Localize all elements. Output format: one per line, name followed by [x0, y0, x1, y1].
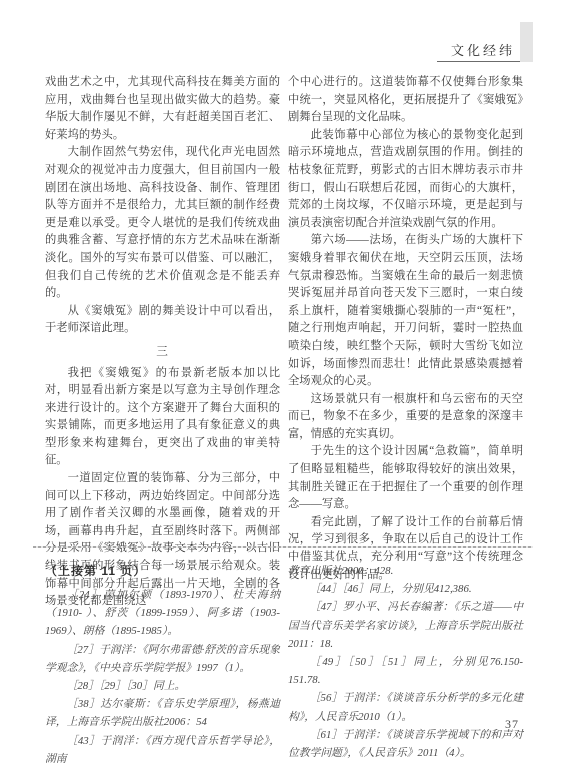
body-paragraph: 于先生的这个设计因属“急救篇”，简单明了但略显粗糙些，能够取得较好的演出效果，其… — [288, 443, 523, 513]
header-accent-bar — [520, 22, 533, 62]
reference-item: ［56］于润洋：《谈谈音乐分析学的多元化建构》，人民音乐2010（1）。 — [288, 689, 523, 725]
body-paragraph: 我把《窦娥冤》的布景新老版本加以比对，明显看出新方案是以写意为主导创作理念来进行… — [45, 365, 280, 471]
reference-item: ［38］达尔豪斯：《音乐史学原理》，杨燕迪译，上海音乐学院出版社2006：54 — [45, 695, 280, 731]
reference-item: ［61］于润洋：《谈谈音乐学视域下的和声对位教学问题》，《人民音乐》2011（4… — [288, 726, 523, 762]
page-number: 37 — [505, 717, 519, 732]
references-column-left: （上接第 11 页） ［24］茵加尔顿（1893-1970）、杜夫海纳（1910… — [45, 562, 280, 768]
journal-page: 文化经纬 戏曲艺术之中，尤其现代高科技在舞美方面的应用，戏曲舞台也呈现出做实做大… — [0, 0, 565, 768]
reference-item: ［24］茵加尔顿（1893-1970）、杜夫海纳（1910- ）、舒茨（1899… — [45, 586, 280, 641]
body-paragraph: 个中心进行的。这道装饰幕不仅使舞台形象集中统一，突显风格化，更拓展提升了《窦娥冤… — [288, 74, 523, 127]
reference-item: ［47］罗小平、冯长春编著：《乐之道——中国当代音乐美学名家访谈》，上海音乐学院… — [288, 598, 523, 653]
body-paragraph: 从《窦娥冤》剧的舞美设计中可以看出，于老师深谙此理。 — [45, 303, 280, 338]
body-paragraph: 戏曲艺术之中，尤其现代高科技在舞美方面的应用，戏曲舞台也呈现出做实做大的趋势。豪… — [45, 74, 280, 144]
body-paragraph: 这场景就只有一根旗杆和乌云密布的天空而已，物象不在多少，重要的是意象的深邃丰富，… — [288, 391, 523, 444]
reference-item: ［43］于润洋：《西方现代音乐哲学导论》，湖南 — [45, 732, 280, 768]
body-paragraph: 此装饰幕中心部位为核心的景物变化起到暗示环境地点，营造戏剧氛围的作用。倒挂的枯枝… — [288, 127, 523, 233]
continuation-note: （上接第 11 页） — [45, 562, 280, 580]
article-column-right: 个中心进行的。这道装饰幕不仅使舞台形象集中统一，突显风格化，更拓展提升了《窦娥冤… — [288, 74, 523, 611]
reference-item: 教育出版社2000：428. — [288, 562, 523, 580]
reference-item: ［27］于润洋：《阿尔弗雷德·舒茨的音乐现象学观念》，《中央音乐学院学报》199… — [45, 641, 280, 677]
section-header-tab: 文化经纬 — [437, 22, 533, 62]
reference-item: ［28］［29］［30］同上。 — [45, 677, 280, 695]
reference-item: ［49］［50］［51］同上，分别见76.150-151.78. — [288, 653, 523, 689]
article-column-left: 戏曲艺术之中，尤其现代高科技在舞美方面的应用，戏曲舞台也呈现出做实做大的趋势。豪… — [45, 74, 280, 611]
section-header-label: 文化经纬 — [437, 44, 520, 62]
references-column-right: 教育出版社2000：428. ［44］［46］同上，分别见412,386. ［4… — [288, 562, 523, 768]
reference-item: ［44］［46］同上，分别见412,386. — [288, 580, 523, 598]
article-body: 戏曲艺术之中，尤其现代高科技在舞美方面的应用，戏曲舞台也呈现出做实做大的趋势。豪… — [45, 74, 523, 611]
body-paragraph: 大制作固然气势宏伟，现代化声光电固然对观众的视觉冲击力度强大，但目前国内一般剧团… — [45, 144, 280, 302]
separator-line — [33, 546, 533, 548]
references-section: （上接第 11 页） ［24］茵加尔顿（1893-1970）、杜夫海纳（1910… — [45, 562, 523, 768]
body-paragraph: 第六场——法场，在街头广场的大旗杆下窦娥身着罪衣匍伏在地，天空阴云压顶，法场气氛… — [288, 232, 523, 390]
section-heading: 三 — [45, 343, 280, 361]
